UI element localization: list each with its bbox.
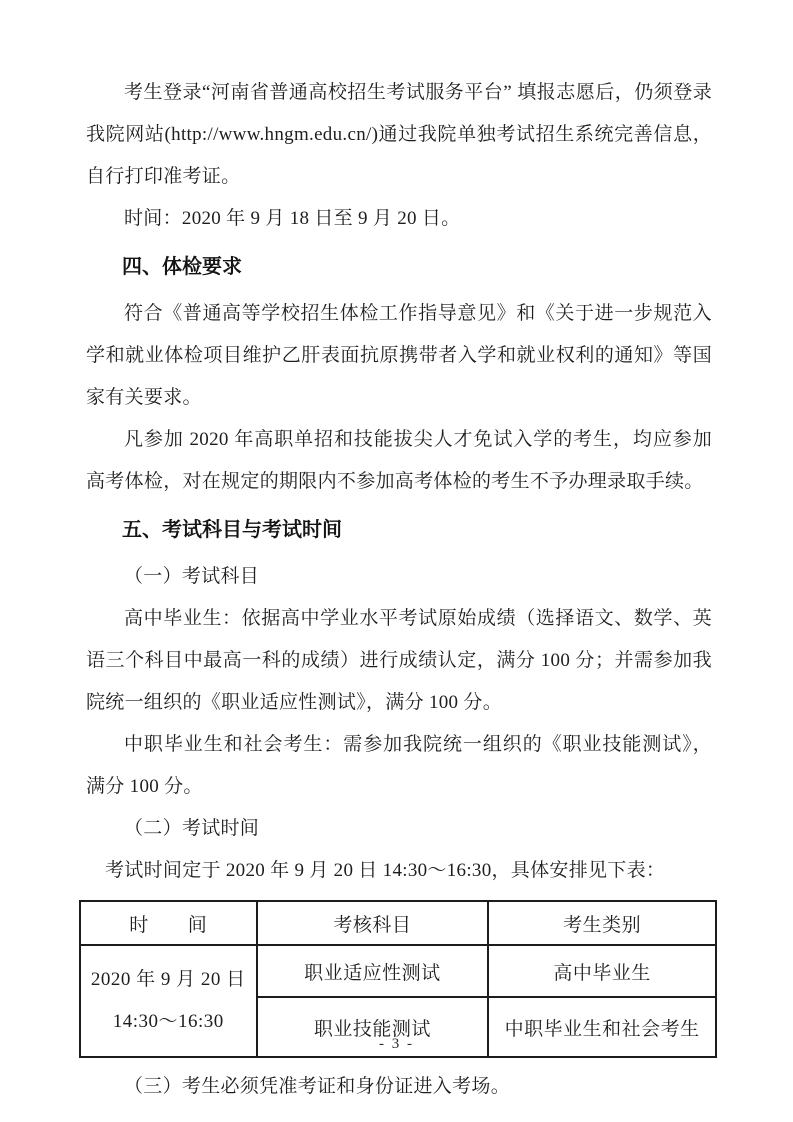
table-header-subject: 考核科目 [257, 901, 489, 945]
table-header-row: 时 间 考核科目 考生类别 [80, 901, 716, 945]
table-header-time: 时 间 [80, 901, 257, 945]
document-page: 考生登录“河南省普通高校招生考试服务平台” 填报志愿后，仍须登录我院网站(htt… [0, 0, 793, 1122]
table-row: 2020 年 9 月 20 日 14:30～16:30 职业适应性测试 高中毕业… [80, 945, 716, 997]
section-heading-exam-subjects: 五、考试科目与考试时间 [86, 508, 712, 552]
subsection-exam-time: （二）考试时间 [86, 808, 712, 850]
exam-schedule-table: 时 间 考核科目 考生类别 2020 年 9 月 20 日 14:30～16:3… [79, 900, 717, 1058]
table-cell-category-highschool: 高中毕业生 [488, 945, 716, 997]
table-cell-subject-aptitude: 职业适应性测试 [257, 945, 489, 997]
paragraph-exam-schedule-intro: 考试时间定于 2020 年 9 月 20 日 14:30～16:30，具体安排见… [86, 850, 712, 892]
paragraph-highschool-graduates: 高中毕业生：依据高中学业水平考试原始成绩（选择语文、数学、英语三个科目中最高一科… [86, 598, 712, 724]
paragraph-physical-requirements: 符合《普通高等学校招生体检工作指导意见》和《关于进一步规范入学和就业体检项目维护… [86, 293, 712, 419]
paragraph-registration-time: 时间：2020 年 9 月 18 日至 9 月 20 日。 [86, 198, 712, 240]
subsection-exam-subjects: （一）考试科目 [86, 556, 712, 598]
paragraph-login-instructions: 考生登录“河南省普通高校招生考试服务平台” 填报志愿后，仍须登录我院网站(htt… [86, 72, 712, 198]
paragraph-admission-requirements: （三）考生必须凭准考证和身份证进入考场。 [86, 1066, 712, 1108]
table-header-category: 考生类别 [488, 901, 716, 945]
exam-date: 2020 年 9 月 20 日 [81, 959, 256, 1001]
paragraph-physical-participation: 凡参加 2020 年高职单招和技能拔尖人才免试入学的考生，均应参加高考体检，对在… [86, 419, 712, 503]
page-number: - 3 - [0, 1036, 793, 1053]
section-heading-physical-exam: 四、体检要求 [86, 245, 712, 289]
document-content: 考生登录“河南省普通高校招生考试服务平台” 填报志愿后，仍须登录我院网站(htt… [86, 72, 712, 1108]
paragraph-vocational-graduates: 中职毕业生和社会考生：需参加我院统一组织的《职业技能测试》，满分 100 分。 [86, 724, 712, 808]
